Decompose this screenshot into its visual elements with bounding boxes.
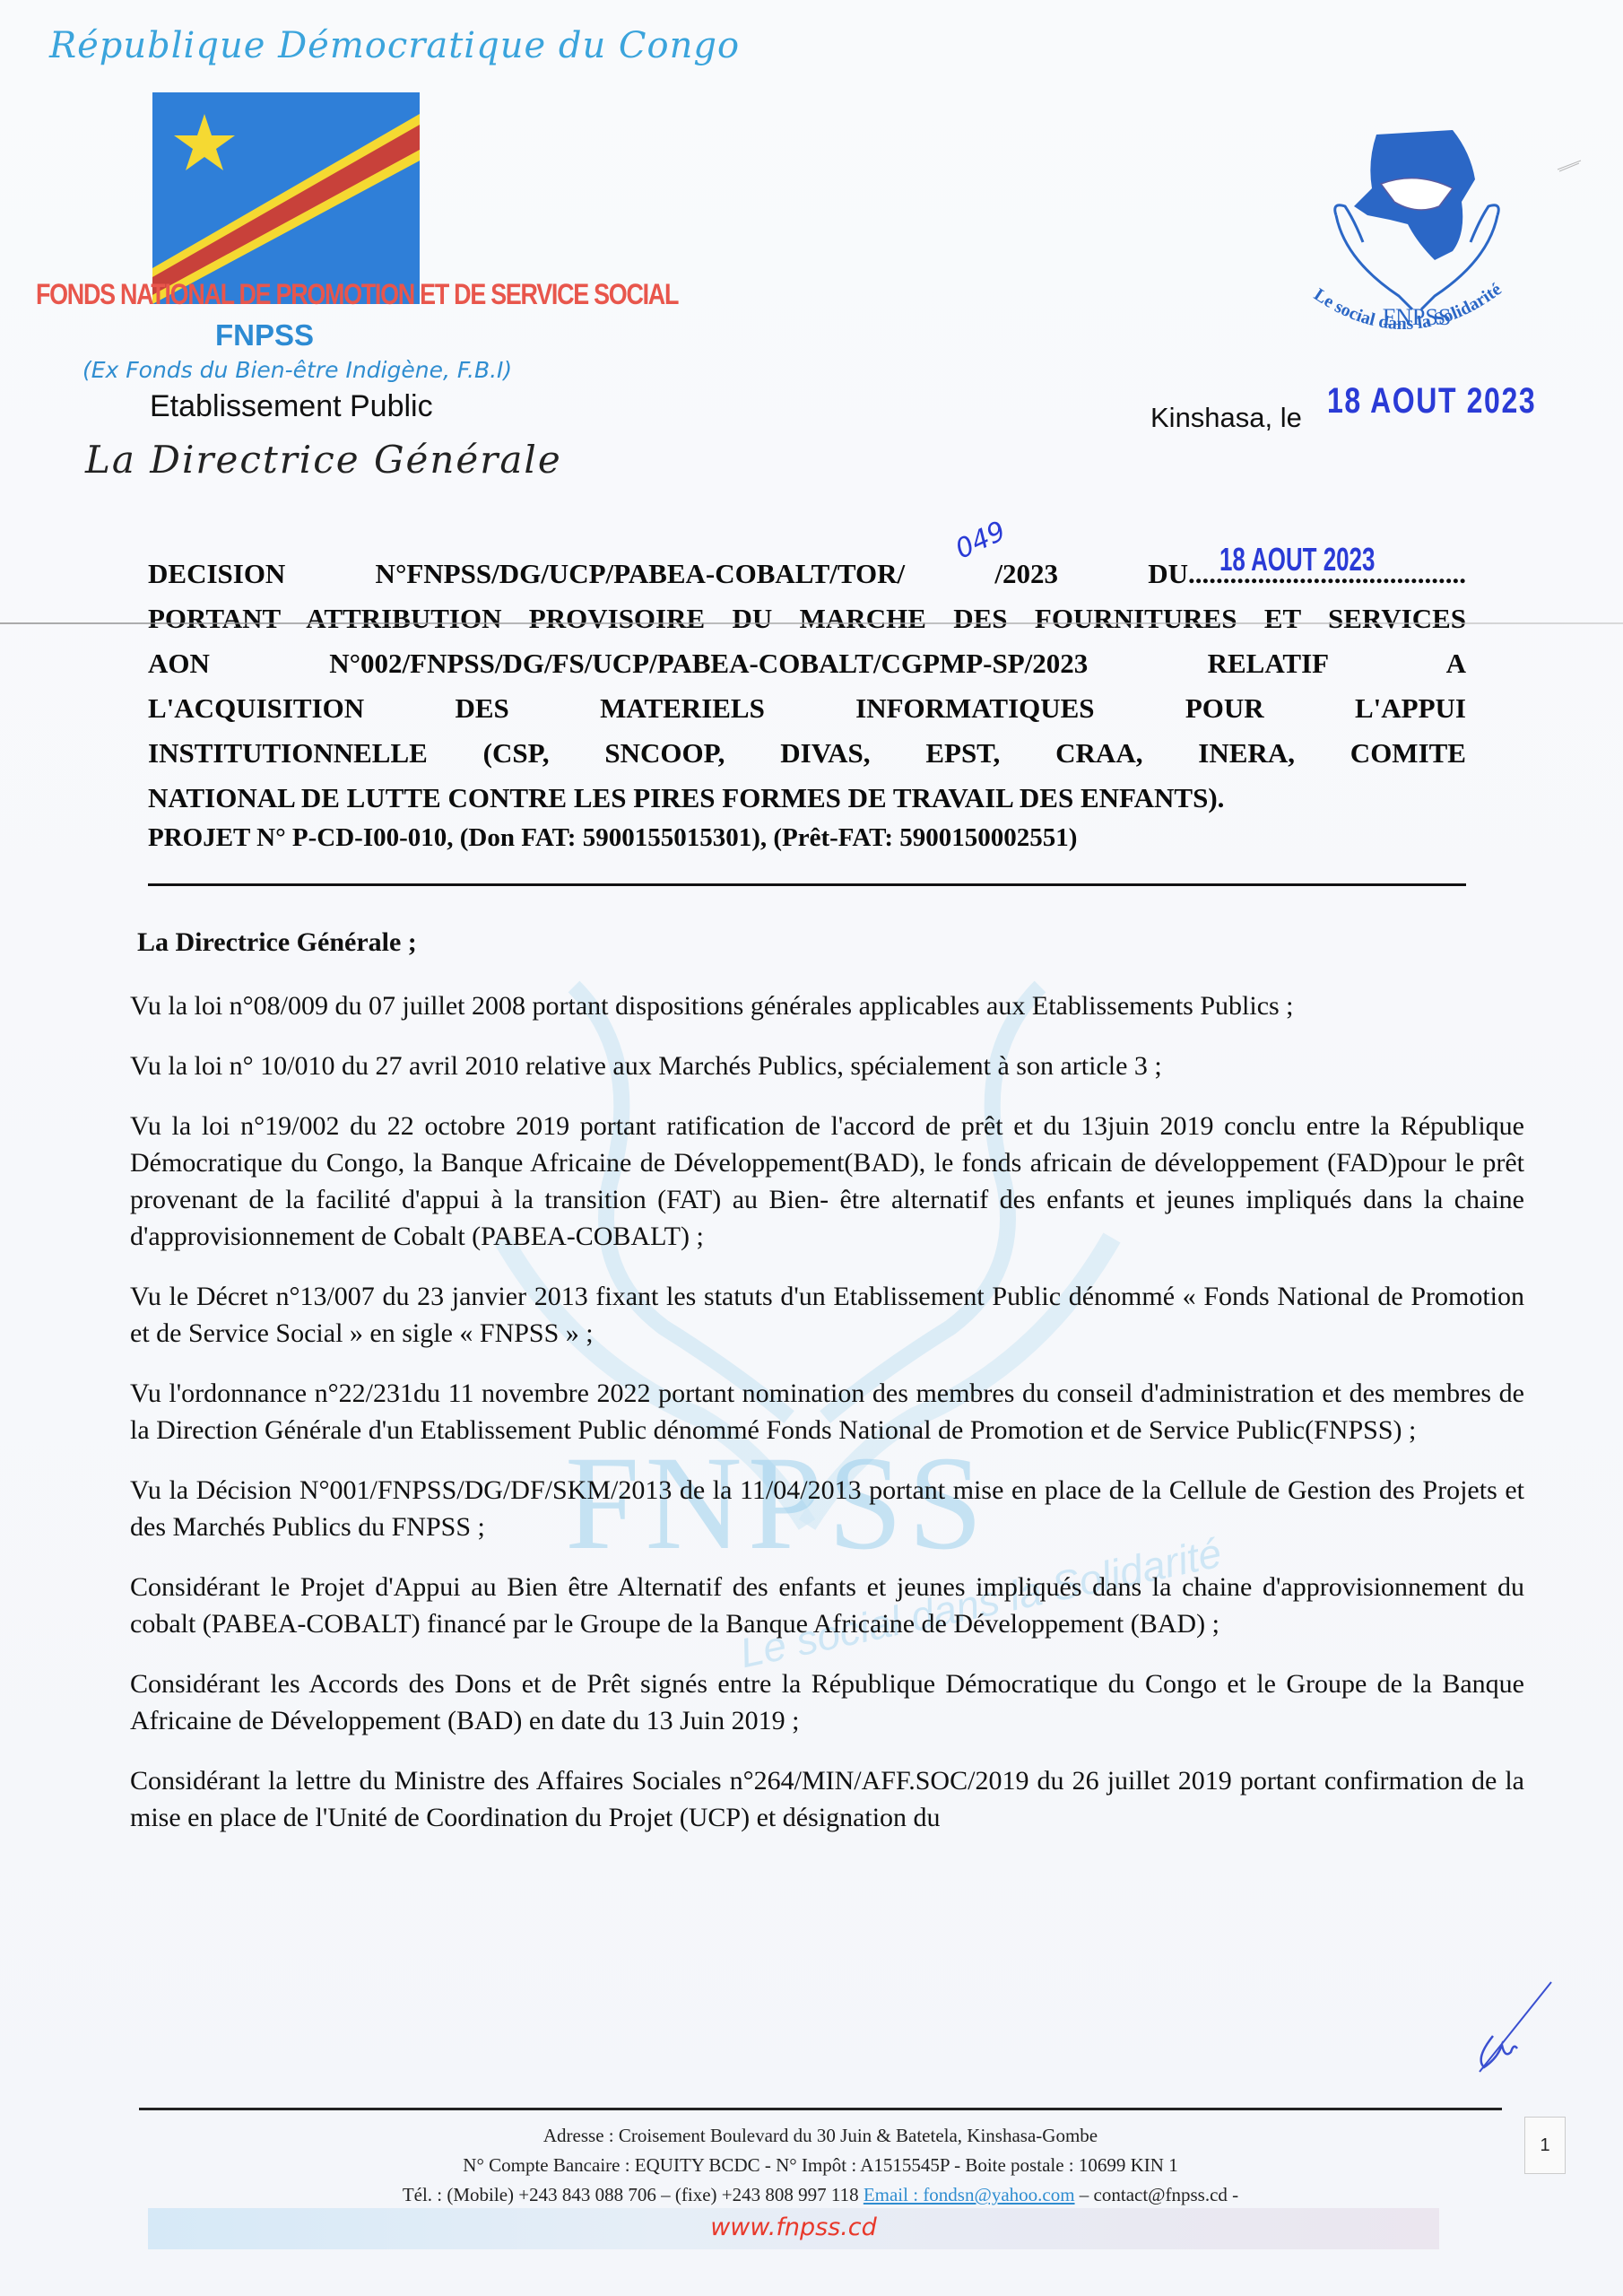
paragraph: Vu l'ordonnance n°22/231du 11 novembre 2… xyxy=(130,1375,1524,1448)
footer-bank: N° Compte Bancaire : EQUITY BCDC - N° Im… xyxy=(139,2151,1502,2180)
organization-name: FONDS NATIONAL DE PROMOTION ET DE SERVIC… xyxy=(36,278,678,311)
body-heading: La Directrice Générale ; xyxy=(137,924,1524,961)
signature-paraph-icon xyxy=(1462,1973,1560,2081)
decision-body: La Directrice Générale ; Vu la loi n°08/… xyxy=(130,924,1524,1859)
website-link[interactable]: www.fnpss.cd xyxy=(148,2213,1439,2241)
title-line: NATIONAL DE LUTTE CONTRE LES PIRES FORME… xyxy=(148,776,1466,821)
drc-flag-icon xyxy=(152,92,420,304)
paragraph: Considérant les Accords des Dons et de P… xyxy=(130,1665,1524,1739)
paragraph: Considérant le Projet d'Appui au Bien êt… xyxy=(130,1569,1524,1642)
title-line: AON N°002/FNPSS/DG/FS/UCP/PABEA-COBALT/C… xyxy=(148,641,1466,686)
paragraph: Considérant la lettre du Ministre des Af… xyxy=(130,1762,1524,1836)
fnpss-logo-icon: FNPSS Le social dans la Solidarité xyxy=(1282,117,1551,350)
office-title: La Directrice Générale xyxy=(85,438,562,482)
paragraph: Vu la Décision N°001/FNPSS/DG/DF/SKM/201… xyxy=(130,1472,1524,1545)
footer-contact-email: – contact@fnpss.cd - xyxy=(1080,2184,1238,2205)
document-page: FNPSS Le social dans la Solidarité Répub… xyxy=(0,0,1623,2296)
republic-title: République Démocratique du Congo xyxy=(49,25,740,66)
scan-mark-icon xyxy=(1556,157,1583,173)
decision-date-stamp: 18 AOUT 2023 xyxy=(1219,541,1375,578)
project-reference: PROJET N° P-CD-I00-010, (Don FAT: 590015… xyxy=(148,823,1077,853)
paragraph: Vu la loi n°19/002 du 22 octobre 2019 po… xyxy=(130,1108,1524,1255)
place-label: Kinshasa, le xyxy=(1150,402,1302,434)
paragraph: Vu la loi n° 10/010 du 27 avril 2010 rel… xyxy=(130,1048,1524,1084)
footer-divider xyxy=(139,2108,1502,2110)
organization-acronym: FNPSS xyxy=(215,318,314,352)
scan-fold-line xyxy=(0,622,1623,624)
title-line: L'ACQUISITION DES MATERIELS INFORMATIQUE… xyxy=(148,686,1466,731)
date-stamp: 18 AOUT 2023 xyxy=(1327,381,1536,422)
former-name: (Ex Fonds du Bien-être Indigène, F.B.I) xyxy=(82,357,512,383)
paragraph: Vu la loi n°08/009 du 07 juillet 2008 po… xyxy=(130,987,1524,1024)
footer-address: Adresse : Croisement Boulevard du 30 Jui… xyxy=(139,2121,1502,2151)
title-divider xyxy=(148,883,1466,886)
footer-phone: Tél. : (Mobile) +243 843 088 706 – (fixe… xyxy=(403,2184,859,2205)
footer-phone-line: Tél. : (Mobile) +243 843 088 706 – (fixe… xyxy=(139,2180,1502,2210)
paragraph: Vu le Décret n°13/007 du 23 janvier 2013… xyxy=(130,1278,1524,1352)
title-line: PORTANT ATTRIBUTION PROVISOIRE DU MARCHE… xyxy=(148,596,1466,641)
decision-title: DECISION N°FNPSS/DG/UCP/PABEA-COBALT/TOR… xyxy=(148,552,1466,821)
email-link[interactable]: Email : fondsn@yahoo.com xyxy=(864,2184,1075,2205)
footer-contact: Adresse : Croisement Boulevard du 30 Jui… xyxy=(139,2121,1502,2210)
website-band: www.fnpss.cd xyxy=(148,2208,1439,2249)
page-number: 1 xyxy=(1524,2117,1566,2174)
legal-status: Etablissement Public xyxy=(150,389,433,424)
title-line: INSTITUTIONNELLE (CSP, SNCOOP, DIVAS, EP… xyxy=(148,731,1466,776)
